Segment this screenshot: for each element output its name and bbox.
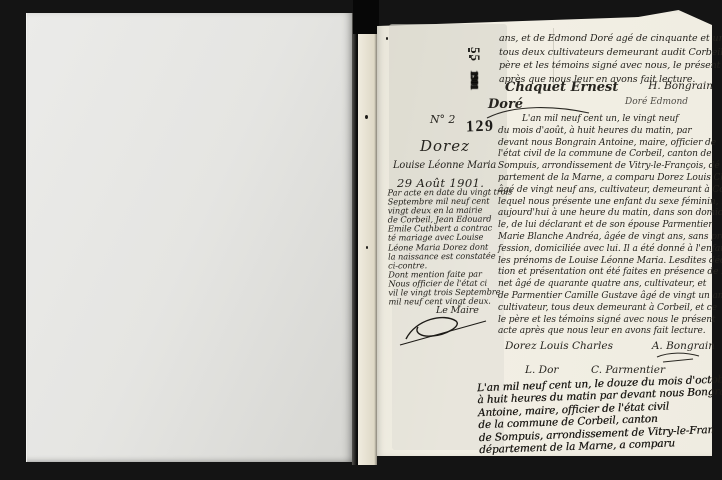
text-line: les prénoms de Louise Léonne Maria. Lesd… bbox=[498, 256, 717, 268]
page-speck bbox=[386, 37, 388, 40]
signature-dore-edmond: Doré Edmond bbox=[625, 97, 688, 112]
act-signature-row: Dorez Louis Charles A. Bongrain bbox=[505, 340, 715, 352]
signature-parmentier: C. Parmentier bbox=[591, 364, 665, 376]
text-line: acte après que nous leur en avons fait l… bbox=[498, 326, 717, 338]
text-line: partement de la Marne, a comparu Dorez L… bbox=[498, 173, 717, 185]
text-line: le, de lui déclarant et de son épouse Pa… bbox=[498, 220, 717, 232]
text-line: du mois d'août, à huit heures du matin, … bbox=[498, 126, 717, 138]
text-line: devant nous Bongrain Antoine, maire, off… bbox=[498, 138, 717, 150]
text-line: L'an mil neuf cent un, le vingt neuf bbox=[498, 114, 717, 126]
stamp-number: 55 bbox=[468, 47, 483, 62]
text-line: Sompuis, arrondissement de Vitry-le-Fran… bbox=[498, 161, 717, 173]
text-line: de Parmentier Camille Gustave âgé de vin… bbox=[498, 291, 717, 303]
binding-top-bar bbox=[353, 0, 379, 34]
text-line: père et les témoins signé avec nous, le … bbox=[499, 59, 721, 73]
text-line: âgé de vingt neuf ans, cultivateur, deme… bbox=[498, 185, 717, 197]
previous-act-end: ans, et de Edmond Doré agé de cinquante … bbox=[499, 32, 721, 86]
signature-dorez-louis: Dorez Louis Charles bbox=[505, 340, 613, 352]
text-line: l'état civil de la commune de Corbeil, c… bbox=[498, 149, 717, 161]
previous-act-signature-row: Chaquet Ernest H. Bongrain bbox=[505, 80, 713, 95]
text-line: ans, et de Edmond Doré agé de cinquante … bbox=[499, 32, 721, 46]
text-line: le père et les témoins signé avec nous l… bbox=[498, 315, 717, 327]
margin-surname: Dorez bbox=[420, 137, 470, 155]
signature-bongrain: H. Bongrain bbox=[648, 80, 713, 95]
text-line: cultivateur, tous deux demeurant à Corbe… bbox=[498, 303, 717, 315]
text-line: lequel nous présente une enfant du sexe … bbox=[498, 197, 717, 209]
binding-speck bbox=[366, 246, 368, 249]
birth-act-text: L'an mil neuf cent un, le vingt neufdu m… bbox=[498, 114, 717, 338]
book-gutter bbox=[358, 16, 377, 465]
text-line: tion et présentation ont été faites en p… bbox=[498, 267, 717, 279]
text-line: fession, domiciliée avec lui. Il a été d… bbox=[498, 244, 717, 256]
text-line: aujourd'hui à une heure du matin, dans s… bbox=[498, 208, 717, 220]
act-signature-row: L. Dor C. Parmentier bbox=[525, 364, 665, 376]
text-line: Marie Blanche Andréa, âgée de vingt ans,… bbox=[498, 232, 717, 244]
act-number-handwritten: N° 2 bbox=[430, 113, 455, 126]
mayor-signature-flourish bbox=[398, 311, 490, 349]
signature-l-dor: L. Dor bbox=[525, 364, 558, 376]
stamp-year: 1901 bbox=[468, 71, 479, 89]
margin-given-names: Louise Léonne Maria bbox=[393, 160, 496, 171]
binding-speck bbox=[365, 115, 368, 119]
signature-bongrain: A. Bongrain bbox=[652, 340, 715, 352]
signature-chaquet: Chaquet Ernest bbox=[505, 80, 618, 95]
register-scan: 551901 N° 2 129 Dorez Louise Léonne Mari… bbox=[0, 0, 722, 480]
left-page bbox=[26, 13, 353, 462]
margin-marriage-mention: Par acte en date du vingt troisSeptembre… bbox=[387, 187, 510, 306]
text-line: tous deux cultivateurs demeurant audit C… bbox=[499, 46, 721, 60]
text-line: net âgé de quarante quatre ans, cultivat… bbox=[498, 279, 717, 291]
archive-number-stamp: 551901 bbox=[466, 47, 484, 89]
next-act-start: L'an mil neuf cent un, le douze du mois … bbox=[477, 374, 719, 457]
